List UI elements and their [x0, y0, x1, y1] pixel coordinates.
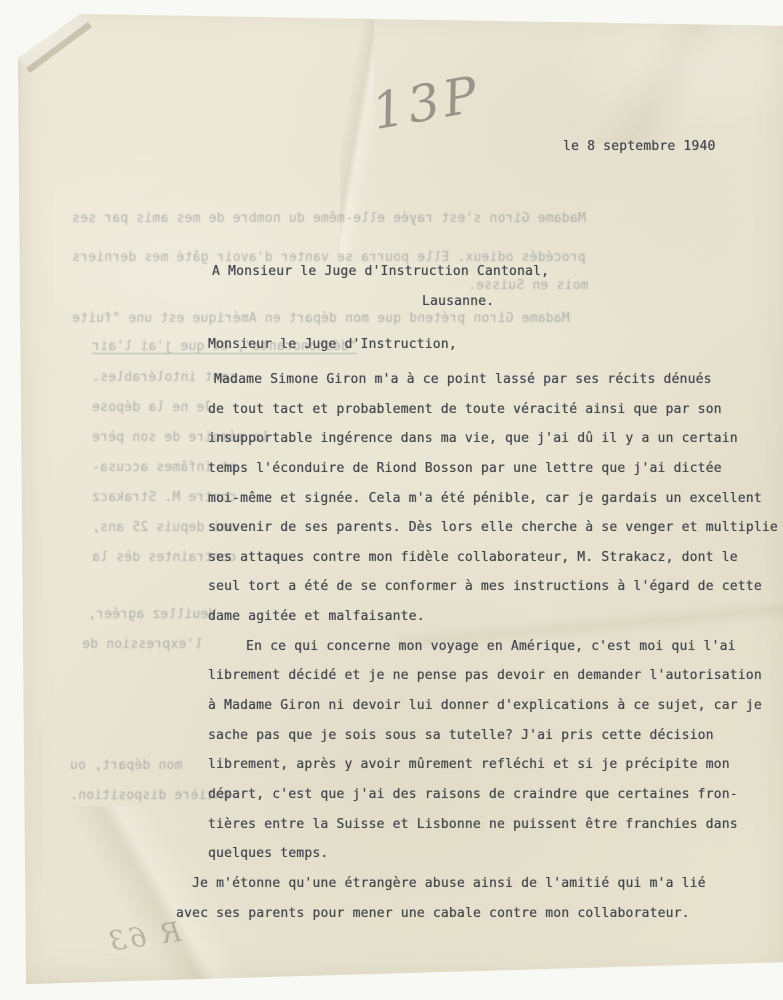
- body-line: sache pas que je sois sous sa tutelle? J…: [0, 721, 783, 751]
- body-line: temps l'éconduire de Riond Bosson par un…: [0, 454, 783, 484]
- body-line: insupportable ingérence dans ma vie, que…: [0, 424, 783, 454]
- crease: [528, 14, 783, 144]
- body-line: à Madame Giron ni devoir lui donner d'ex…: [0, 691, 783, 721]
- salutation: Monsieur le Juge d'Instruction,: [208, 330, 457, 360]
- body-line: dame agitée et malfaisante.: [0, 602, 783, 632]
- body-line: librement, après y avoir mûrement refléc…: [0, 750, 783, 780]
- body-line: de tout tact et probablement de toute vé…: [0, 395, 783, 425]
- recipient-city: Lausanne.: [422, 287, 494, 317]
- body-line: Madame Simone Giron m'a à ce point lassé…: [0, 365, 783, 395]
- bleed-through-line: Madame Giron prétend que mon départ en A…: [72, 305, 570, 333]
- scanned-letter-page: Madame Giron s'est rayée elle-même du no…: [0, 0, 783, 1000]
- body-line: Je m'étonne qu'une étrangère abuse ainsi…: [0, 869, 783, 899]
- body-line: librement décidé et je ne pense pas devo…: [0, 661, 783, 691]
- body-line: avec ses parents pour mener une cabale c…: [0, 899, 783, 929]
- body-line: seul tort a été de se conformer à mes in…: [0, 572, 783, 602]
- body-line: quelques temps.: [0, 839, 783, 869]
- body-line: départ, c'est que j'ai des raisons de cr…: [0, 780, 783, 810]
- letter-body: Madame Simone Giron m'a à ce point lassé…: [0, 365, 783, 928]
- recipient-line: A Monsieur le Juge d'Instruction Cantona…: [212, 257, 549, 287]
- body-line: tières entre la Suisse et Lisbonne ne pu…: [0, 810, 783, 840]
- body-line: souvenir de ses parents. Dès lors elle c…: [0, 513, 783, 543]
- bleed-through-line: Madame Giron s'est rayée elle-même du no…: [72, 205, 586, 233]
- body-line: ses attaques contre mon fidèle collabora…: [0, 543, 783, 573]
- date-line: le 8 septembre 1940: [563, 132, 716, 162]
- body-line: En ce qui concerne mon voyage en Amériqu…: [0, 632, 783, 662]
- body-line: moi-même et signée. Cela m'a été pénible…: [0, 484, 783, 514]
